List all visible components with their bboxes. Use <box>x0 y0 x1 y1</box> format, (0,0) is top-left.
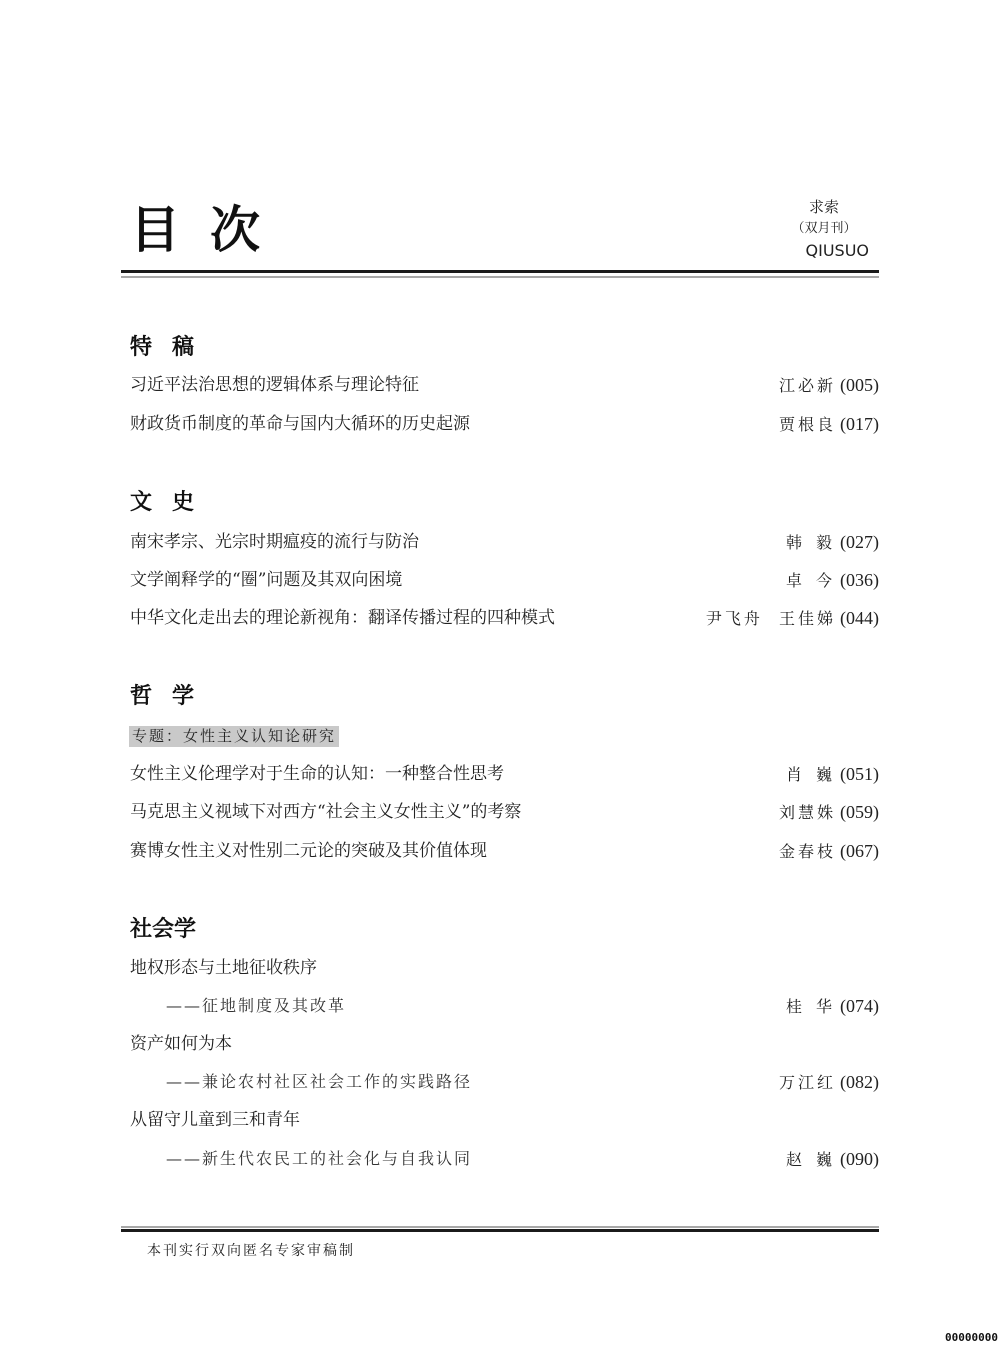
topic-badge: 专题：女性主义认知论研究 <box>129 726 339 747</box>
toc-entry[interactable]: 赛博女性主义对性别二元论的突破及其价值体现 金春枝(067) <box>130 838 879 864</box>
section-title-wenshi: 文史 <box>130 489 214 517</box>
page-code: 00000000 <box>945 1331 998 1344</box>
entry-title[interactable]: 资产如何为本 <box>130 1031 232 1057</box>
entry-author: 金春枝 <box>779 842 836 861</box>
entry-title[interactable]: 女性主义伦理学对于生命的认知：一种整合性思考 <box>130 761 504 787</box>
toc-entry-subtitle-line[interactable]: ——新生代农民工的社会化与自我认同 赵巍(090) <box>130 1146 879 1172</box>
entry-page: (044) <box>840 608 879 628</box>
entry-author: 卓今 <box>786 571 846 590</box>
journal-info: 求索 （双月刊） QIUSUO <box>779 196 869 262</box>
entry-title[interactable]: 赛博女性主义对性别二元论的突破及其价值体现 <box>130 838 487 864</box>
entry-subtitle[interactable]: ——新生代农民工的社会化与自我认同 <box>166 1146 472 1172</box>
entry-title[interactable]: 习近平法治思想的逻辑体系与理论特征 <box>130 372 419 398</box>
entry-title[interactable]: 从留守儿童到三和青年 <box>130 1107 300 1133</box>
entry-author: 江必新 <box>779 376 836 395</box>
toc-entry-subtitle-line[interactable]: ——兼论农村社区社会工作的实践路径 万江红(082) <box>130 1069 879 1095</box>
journal-latin-name: QIUSUO <box>779 240 869 262</box>
section-title-zhexue: 哲学 <box>130 683 214 711</box>
entry-title[interactable]: 地权形态与土地征收秩序 <box>130 955 317 981</box>
toc-entry-title-line[interactable]: 资产如何为本 <box>130 1031 879 1057</box>
footer-rule-thick <box>121 1229 879 1232</box>
entry-title[interactable]: 马克思主义视域下对西方“社会主义女性主义”的考察 <box>130 799 521 825</box>
entry-page: (017) <box>840 414 879 434</box>
toc-entry[interactable]: 女性主义伦理学对于生命的认知：一种整合性思考 肖巍(051) <box>130 761 879 787</box>
entry-page: (090) <box>840 1149 879 1169</box>
toc-entry[interactable]: 马克思主义视域下对西方“社会主义女性主义”的考察 刘慧姝(059) <box>130 799 879 825</box>
entry-title[interactable]: 文学阐释学的“圈”问题及其双向困境 <box>130 567 402 593</box>
entry-page: (027) <box>840 532 879 552</box>
entry-page: (082) <box>840 1072 879 1092</box>
entry-page: (036) <box>840 570 879 590</box>
footer-rule-thin <box>121 1226 879 1228</box>
entry-title[interactable]: 南宋孝宗、光宗时期瘟疫的流行与防治 <box>130 529 419 555</box>
entry-author: 韩毅 <box>786 533 846 552</box>
toc-entry[interactable]: 中华文化走出去的理论新视角：翻译传播过程的四种模式 尹飞舟 王佳娣(044) <box>130 605 879 631</box>
entry-author: 贾根良 <box>779 415 836 434</box>
entry-page: (005) <box>840 375 879 395</box>
toc-entry-title-line[interactable]: 地权形态与土地征收秩序 <box>130 955 879 981</box>
toc-entry-title-line[interactable]: 从留守儿童到三和青年 <box>130 1107 879 1133</box>
entry-subtitle[interactable]: ——征地制度及其改革 <box>166 993 346 1019</box>
entry-page: (067) <box>840 841 879 861</box>
entry-title[interactable]: 中华文化走出去的理论新视角：翻译传播过程的四种模式 <box>130 605 555 631</box>
entry-author: 肖巍 <box>786 765 846 784</box>
toc-entry[interactable]: 财政货币制度的革命与国内大循环的历史起源 贾根良(017) <box>130 411 879 437</box>
toc-entry[interactable]: 文学阐释学的“圈”问题及其双向困境 卓今(036) <box>130 567 879 593</box>
page-title: 目次 <box>130 200 290 260</box>
journal-name: 求索 <box>779 196 869 218</box>
section-title-shehuixue: 社会学 <box>130 916 196 944</box>
section-title-tegao: 特稿 <box>130 334 214 362</box>
entry-author: 桂华 <box>786 997 846 1016</box>
entry-author: 赵巍 <box>786 1150 846 1169</box>
entry-subtitle[interactable]: ——兼论农村社区社会工作的实践路径 <box>166 1069 472 1095</box>
toc-page: 目次 求索 （双月刊） QIUSUO 特稿 习近平法治思想的逻辑体系与理论特征 … <box>0 0 1000 1347</box>
entry-page: (051) <box>840 764 879 784</box>
entry-page: (059) <box>840 802 879 822</box>
header-rule-thin <box>121 276 879 278</box>
entry-title[interactable]: 财政货币制度的革命与国内大循环的历史起源 <box>130 411 470 437</box>
entry-author: 万江红 <box>779 1073 836 1092</box>
journal-frequency: （双月刊） <box>779 218 869 240</box>
entry-page: (074) <box>840 996 879 1016</box>
toc-entry-subtitle-line[interactable]: ——征地制度及其改革 桂华(074) <box>130 993 879 1019</box>
toc-entry[interactable]: 南宋孝宗、光宗时期瘟疫的流行与防治 韩毅(027) <box>130 529 879 555</box>
entry-author: 刘慧姝 <box>779 803 836 822</box>
header-rule-thick <box>121 270 879 273</box>
footer-note: 本刊实行双向匿名专家审稿制 <box>147 1240 355 1260</box>
toc-entry[interactable]: 习近平法治思想的逻辑体系与理论特征 江必新(005) <box>130 372 879 398</box>
entry-author: 尹飞舟 王佳娣 <box>706 609 836 628</box>
